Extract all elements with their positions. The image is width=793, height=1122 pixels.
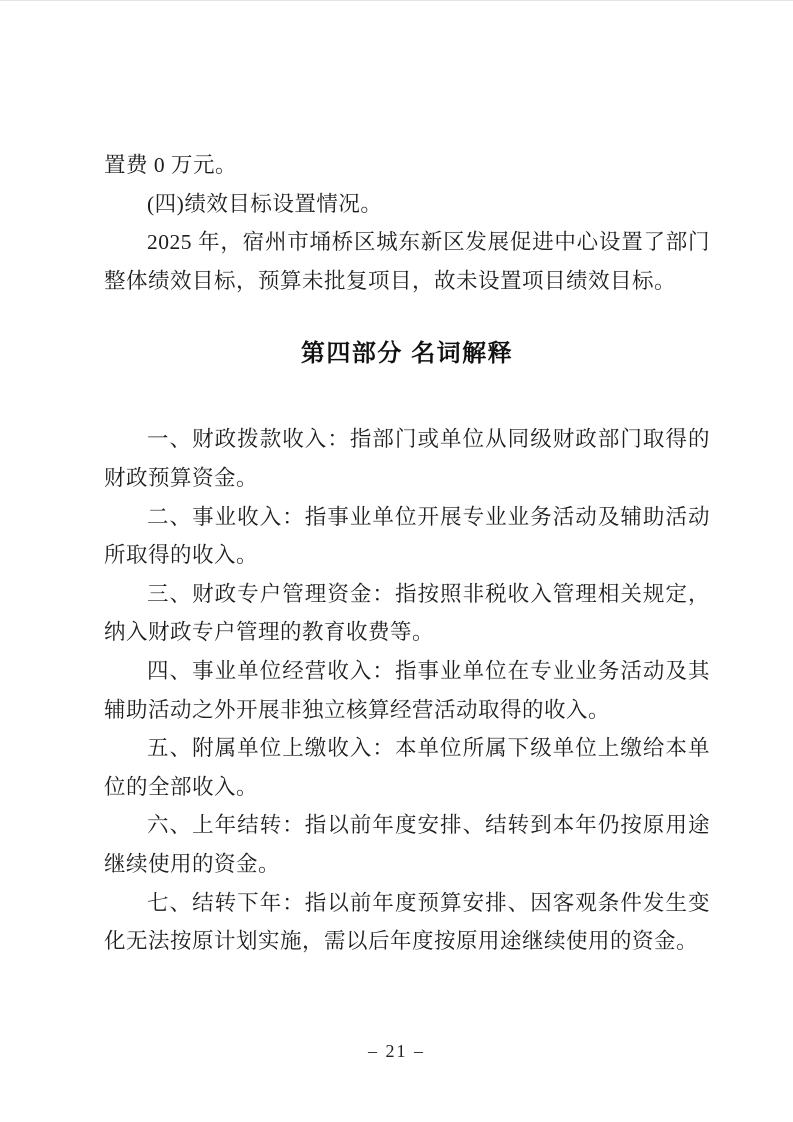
definition-item: 二、事业收入：指事业单位开展专业业务活动及辅助活动所取得的收入。 [104,498,710,575]
definition-term: 二、事业收入： [147,505,305,529]
definition-item: 一、财政拨款收入：指部门或单位从同级财政部门取得的财政预算资金。 [104,420,710,497]
definition-term: 三、财政专户管理资金： [147,582,395,606]
definition-item: 六、上年结转：指以前年度安排、结转到本年仍按原用途继续使用的资金。 [104,806,710,883]
section-title: 第四部分 名词解释 [104,339,710,369]
page-number: – 21 – [0,1041,793,1062]
document-page: 置费 0 万元。 (四)绩效目标设置情况。 2025 年，宿州市埇桥区城东新区发… [0,0,793,1122]
document-body: 置费 0 万元。 (四)绩效目标设置情况。 2025 年，宿州市埇桥区城东新区发… [104,146,710,961]
definition-item: 五、附属单位上缴收入：本单位所属下级单位上缴给本单位的全部收入。 [104,729,710,806]
definition-item: 四、事业单位经营收入：指事业单位在专业业务活动及其辅助活动之外开展非独立核算经营… [104,652,710,729]
continuation-paragraph: 置费 0 万元。 [104,146,710,185]
definition-term: 一、财政拨款收入： [147,427,350,451]
definition-term: 五、附属单位上缴收入： [147,736,395,760]
subsection-heading: (四)绩效目标设置情况。 [104,185,710,224]
definition-item: 七、结转下年：指以前年度预算安排、因客观条件发生变化无法按原计划实施，需以后年度… [104,884,710,961]
definition-term: 六、上年结转： [147,813,305,837]
definition-term: 七、结转下年： [147,891,305,915]
definition-item: 三、财政专户管理资金：指按照非税收入管理相关规定，纳入财政专户管理的教育收费等。 [104,575,710,652]
definition-term: 四、事业单位经营收入： [147,659,395,683]
performance-paragraph: 2025 年，宿州市埇桥区城东新区发展促进中心设置了部门整体绩效目标，预算未批复… [104,223,710,300]
